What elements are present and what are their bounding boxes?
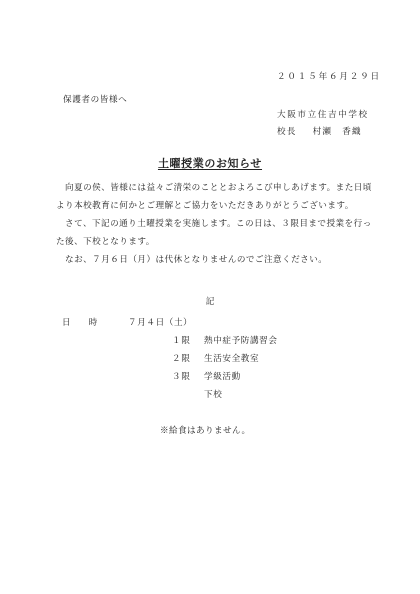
schedule-subject: 生活安全教室 bbox=[204, 355, 259, 364]
sender-principal: 校長村瀬香織 bbox=[277, 128, 362, 137]
body-line: なお、７月６日（月）は代休となりませんのでご注意ください。 bbox=[56, 256, 327, 265]
schedule-subject: 学級活動 bbox=[204, 373, 241, 382]
schedule-period: ３限 bbox=[172, 373, 190, 382]
document-title: 土曜授業のお知らせ bbox=[0, 158, 420, 169]
body-line: 向夏の侯、皆様には益々ご清栄のこととおよろこび申しあげます。また日頃 bbox=[56, 184, 372, 193]
schedule-date: ７月４日（土） bbox=[128, 319, 192, 328]
schedule-subject: 熱中症予防講習会 bbox=[204, 337, 278, 346]
body-line: た後、下校となります。 bbox=[56, 238, 155, 247]
sender-given-name: 香織 bbox=[342, 127, 362, 137]
sender-school: 大阪市立住吉中学校 bbox=[277, 111, 369, 120]
schedule-period: １限 bbox=[172, 337, 190, 346]
schedule-subject: 下校 bbox=[204, 391, 222, 400]
schedule-label: 日時 bbox=[62, 319, 97, 328]
body-line: さて、下記の通り土曜授業を実施します。この日は、３限目まで授業を行っ bbox=[56, 220, 372, 229]
body-line: より本校教育に何かとご理解とご協力をいただきありがとうございます。 bbox=[56, 202, 354, 211]
sender-role: 校長 bbox=[277, 127, 297, 137]
schedule-label-time: 時 bbox=[89, 318, 98, 328]
ki-heading: 記 bbox=[0, 298, 420, 307]
schedule-label-day: 日 bbox=[62, 318, 71, 328]
lunch-note: ※給食はありません。 bbox=[160, 427, 250, 436]
issue-date: ２０１５年６月２９日 bbox=[277, 73, 381, 82]
schedule-period: ２限 bbox=[172, 355, 190, 364]
addressee: 保護者の皆様へ bbox=[63, 96, 127, 105]
sender-family-name: 村瀬 bbox=[313, 127, 333, 137]
